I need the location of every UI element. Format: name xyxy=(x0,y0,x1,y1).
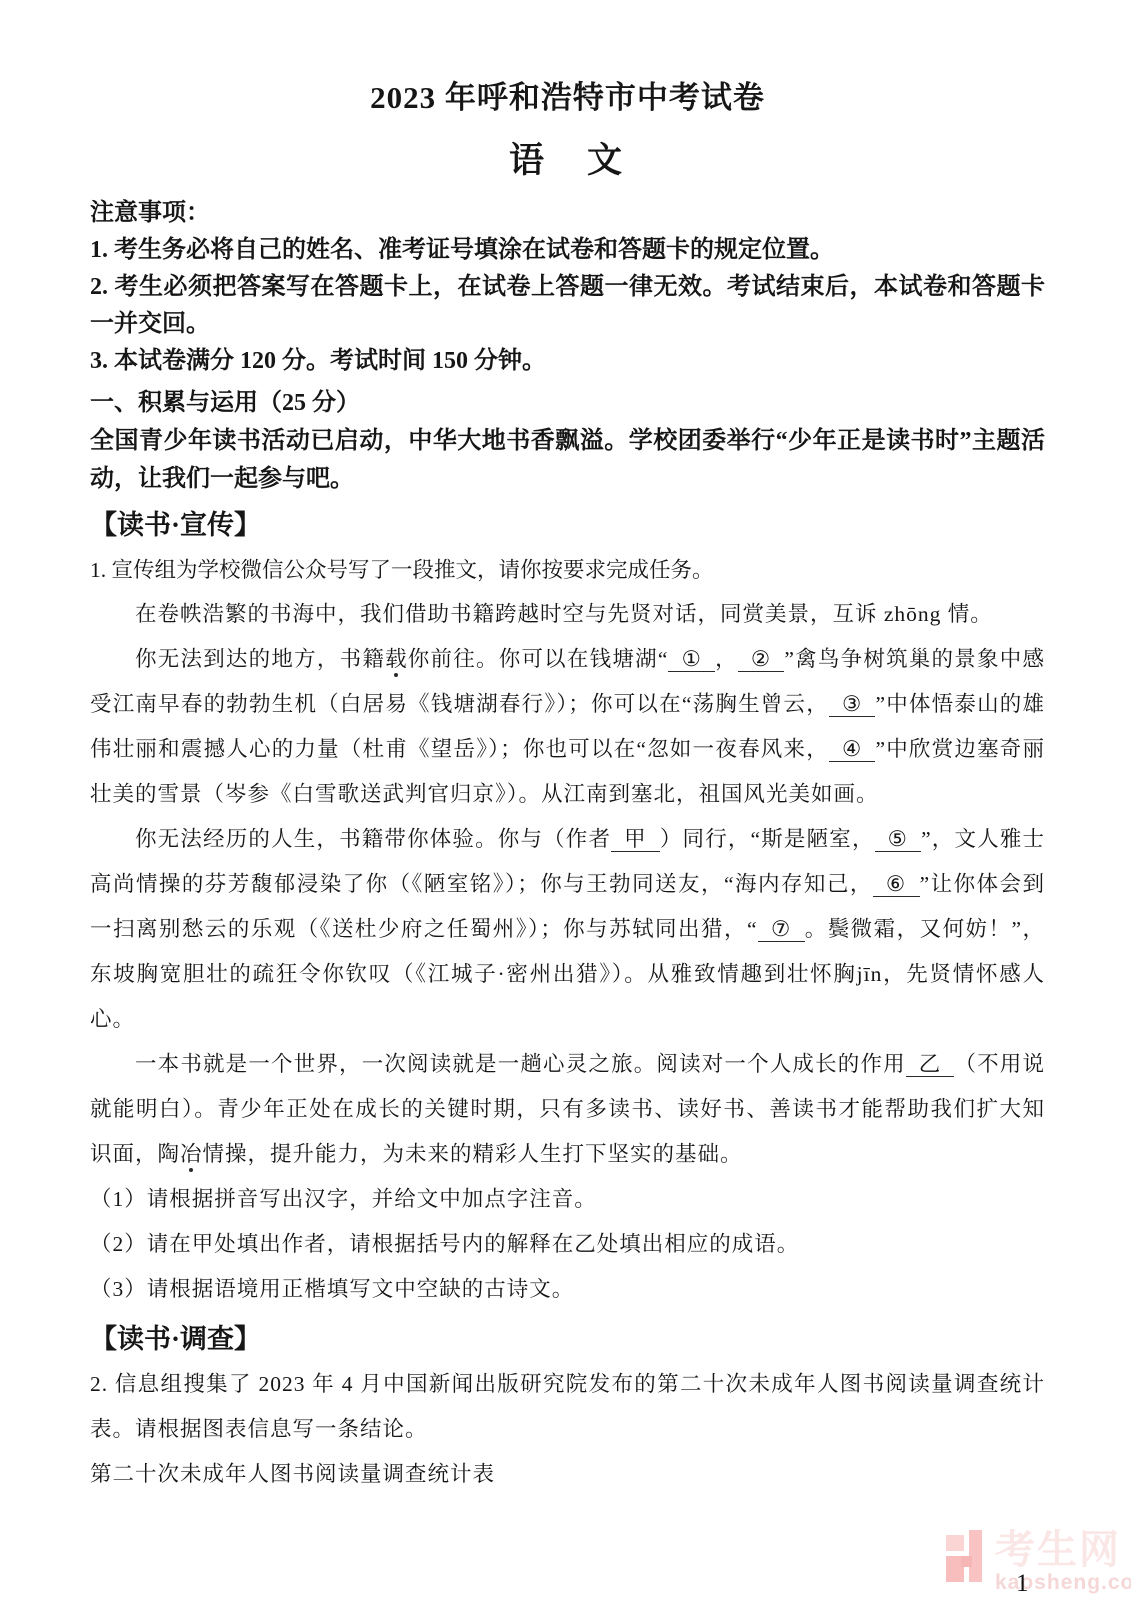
survey-table-title: 第二十次未成年人图书阅读量调查统计表 xyxy=(90,1452,1045,1497)
question-1-lead: 1. 宣传组为学校微信公众号写了一段推文，请你按要求完成任务。 xyxy=(90,548,1045,592)
emphasized-character: 冶 xyxy=(180,1142,203,1166)
logo-block-right-bar xyxy=(969,1530,982,1582)
logo-block-top-left xyxy=(946,1535,964,1551)
fill-in-blank: ⑥ xyxy=(873,872,920,897)
logo-block-connector xyxy=(961,1556,972,1567)
notice-item-2: 2. 考生必须把答案写在答题卡上，在试卷上答题一律无效。考试结束后，本试卷和答题… xyxy=(90,269,1045,343)
passage-paragraph-3: 你无法经历的人生，书籍带你体验。你与（作者甲）同行，“斯是陋室，⑤”，文人雅士高… xyxy=(90,817,1045,1042)
logo-block-bottom-left xyxy=(946,1556,964,1582)
fill-in-blank: ⑤ xyxy=(875,827,921,852)
question-2-block: 2. 信息组搜集了 2023 年 4 月中国新闻出版研究院发布的第二十次未成年人… xyxy=(90,1362,1045,1497)
fill-in-blank: ② xyxy=(738,647,785,672)
fill-in-blank: ④ xyxy=(829,737,876,762)
notices-heading: 注意事项： xyxy=(90,195,1045,232)
notice-item-3: 3. 本试卷满分 120 分。考试时间 150 分钟。 xyxy=(90,343,1045,380)
fill-in-blank: ③ xyxy=(829,692,876,717)
emphasized-character: 载 xyxy=(385,647,408,671)
paper-subject: 语 文 xyxy=(90,133,1045,183)
fill-in-blank: ⑦ xyxy=(758,917,805,942)
tag-reading-promotion: 【读书·宣传】 xyxy=(90,504,1045,546)
question-1-sub-3: （3）请根据语境用正楷填写文中空缺的古诗文。 xyxy=(90,1267,1045,1312)
fill-in-blank: 乙 xyxy=(906,1052,955,1077)
section-1-intro: 全国青少年读书活动已启动，中华大地书香飘溢。学校团委举行“少年正是读书时”主题活… xyxy=(90,422,1045,498)
fill-in-blank: 甲 xyxy=(611,827,660,852)
passage-paragraph-2: 你无法到达的地方，书籍载你前往。你可以在钱塘湖“①，②”禽鸟争树筑巢的景象中感受… xyxy=(90,637,1045,817)
question-2-lead: 2. 信息组搜集了 2023 年 4 月中国新闻出版研究院发布的第二十次未成年人… xyxy=(90,1362,1045,1452)
notice-item-1: 1. 考生务必将自己的姓名、准考证号填涂在试卷和答题卡的规定位置。 xyxy=(90,232,1045,269)
kaosheng-logo-icon xyxy=(946,1530,986,1582)
question-1-passage: 在卷帙浩繁的书海中，我们借助书籍跨越时空与先贤对话，同赏美景，互诉 zhōng … xyxy=(90,592,1045,1312)
exam-paper-page: 2023 年呼和浩特市中考试卷 语 文 注意事项： 1. 考生务必将自己的姓名、… xyxy=(0,0,1131,1600)
page-content: 2023 年呼和浩特市中考试卷 语 文 注意事项： 1. 考生务必将自己的姓名、… xyxy=(90,72,1045,1497)
passage-paragraph-4: 一本书就是一个世界，一次阅读就是一趟心灵之旅。阅读对一个人成长的作用乙（不用说就… xyxy=(90,1042,1045,1177)
tag-reading-survey: 【读书·调查】 xyxy=(90,1318,1045,1360)
watermark-site-name: 考生网 xyxy=(995,1530,1131,1570)
paper-title: 2023 年呼和浩特市中考试卷 xyxy=(90,72,1045,117)
page-number: 1 xyxy=(1016,1570,1029,1598)
question-1-sub-2: （2）请在甲处填出作者，请根据括号内的解释在乙处填出相应的成语。 xyxy=(90,1222,1045,1267)
passage-paragraph-1: 在卷帙浩繁的书海中，我们借助书籍跨越时空与先贤对话，同赏美景，互诉 zhōng … xyxy=(90,592,1045,637)
question-1-sub-1: （1）请根据拼音写出汉字，并给文中加点字注音。 xyxy=(90,1177,1045,1222)
section-1-heading: 一、积累与运用（25 分） xyxy=(90,384,1045,422)
kaosheng-watermark: 考生网 kaosheng.com xyxy=(946,1530,1131,1594)
fill-in-blank: ① xyxy=(668,647,715,672)
notices-block: 注意事项： 1. 考生务必将自己的姓名、准考证号填涂在试卷和答题卡的规定位置。 … xyxy=(90,195,1045,380)
